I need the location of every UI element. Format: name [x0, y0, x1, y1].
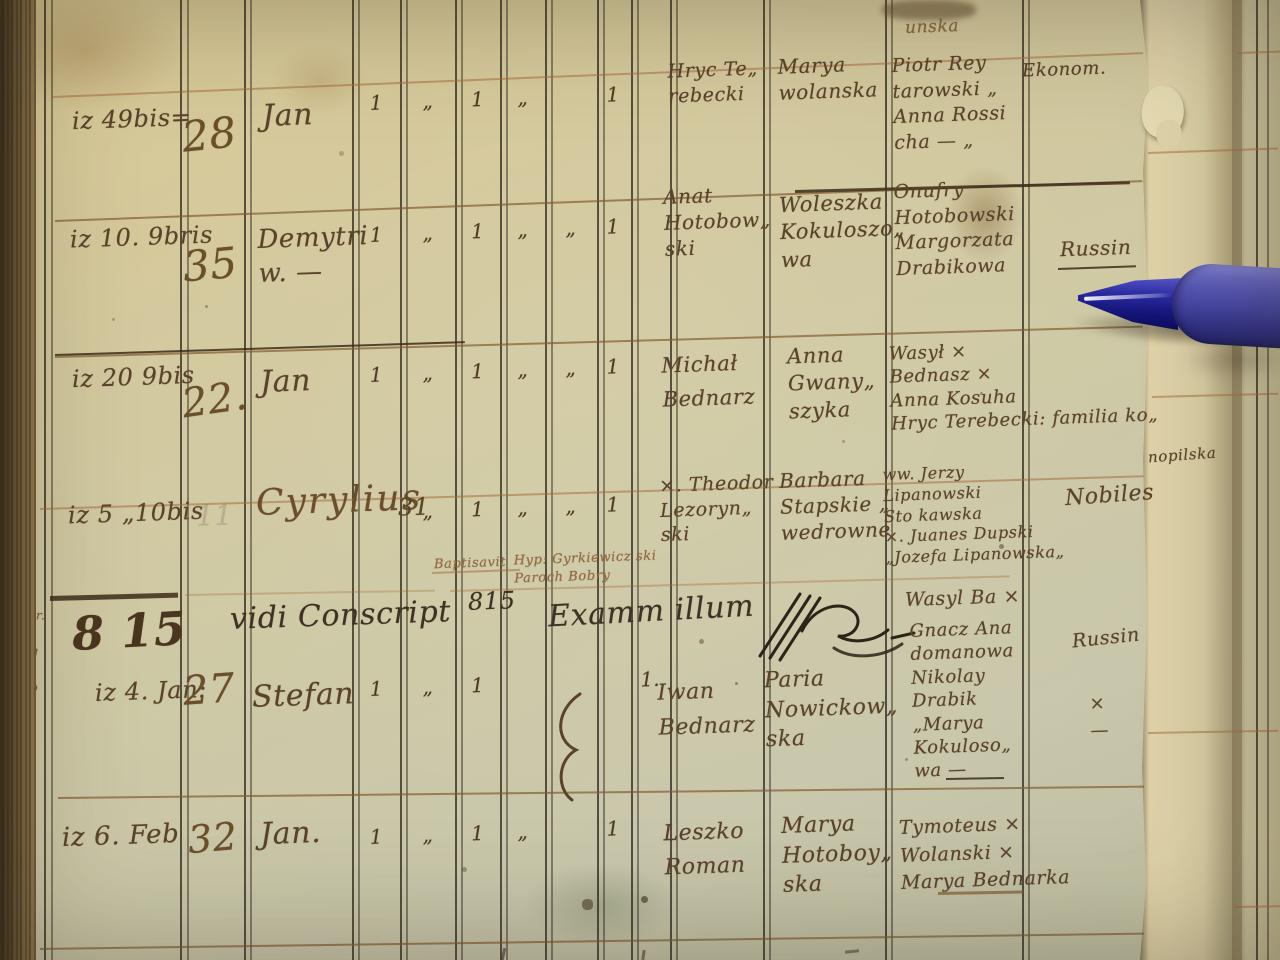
- row3-mother: Anna Gwany„ szyka: [787, 341, 877, 426]
- row3-number: 22.: [179, 370, 251, 431]
- row6-mother: Marya Hotoboy„ ska: [780, 808, 894, 901]
- column-rule: [44, 0, 46, 960]
- column-rule: [506, 0, 508, 960]
- fold-rule: [1152, 393, 1278, 398]
- row1-number: 28: [179, 105, 239, 165]
- row5-father: Iwan Bednarz: [657, 672, 756, 746]
- under-page-rule: [1256, 0, 1258, 960]
- column-rule: [461, 0, 463, 960]
- row1-status: Ekonom.: [1022, 57, 1107, 83]
- row2-mother: Woleszka Kokuloszo„ wa: [779, 188, 907, 274]
- partial-stroke: [845, 949, 859, 953]
- row1-date: iz 49bis=: [71, 102, 191, 137]
- row4-mother: Barbara Stapskie „ wedrowne: [779, 464, 892, 546]
- row5-status: Russin: [1071, 623, 1141, 655]
- row4-status: Nobiles: [1064, 479, 1155, 514]
- pen-flourish: [548, 688, 588, 808]
- row-rule: [58, 786, 1144, 799]
- row1-father: Hryc Te„ rebecki: [667, 56, 759, 108]
- row4-date: iz 5 „10bis: [67, 496, 204, 532]
- row5-witnesses-first: Wasyl Ba ×: [905, 584, 1021, 613]
- column-rule: [51, 0, 53, 960]
- row4-witnesses: ww. Jerzy Lipanowski Sto kawska ×. Juane…: [882, 459, 1065, 569]
- row6-father: Leszko Roman: [663, 815, 746, 886]
- row6-name: Jan.: [259, 813, 321, 854]
- row1-mother: Marya wolanska: [777, 50, 878, 105]
- column-rule: [244, 0, 246, 960]
- row1-name: Jan: [261, 95, 313, 136]
- row5-witnesses: Gnacz Ana domanowa Nikolay Drabik „Marya…: [909, 616, 1018, 783]
- book-page-stack-edge: [0, 0, 36, 960]
- column-rule: [551, 0, 553, 960]
- ledger-photo: unska iz 49bis= 28 Jan 1„1„1 Hryc Te„ re…: [0, 0, 1280, 960]
- row2-witnesses: Onufry Hotobowski Margorzata Drabikowa: [893, 176, 1017, 283]
- baptism-annotation-word: Baptisavit: [434, 555, 507, 574]
- fold-rule: [1148, 147, 1278, 154]
- column-rule: [500, 0, 502, 960]
- row3-name: Jan: [259, 361, 311, 402]
- torn-paper-bit: [1152, 117, 1185, 152]
- margin-big-number: 8 15: [71, 599, 188, 665]
- conscript-number: 815: [467, 585, 516, 618]
- column-rule: [455, 0, 457, 960]
- row-rule-overdraw: [55, 341, 465, 356]
- partial-stroke: [641, 950, 645, 960]
- baptism-annotation: Hyp: Gyrkiewicz ski Paroch Bobry: [513, 548, 657, 588]
- page-fold-edge: [1140, 0, 1242, 960]
- row3-date: iz 20 9bis: [71, 360, 195, 395]
- row3-father: Michał Bednarz: [661, 346, 756, 416]
- conscript-note-tail: Examm illum: [547, 587, 755, 637]
- row2-number: 35: [181, 236, 240, 295]
- torn-paper-bit: [1137, 82, 1189, 142]
- row6-date: iz 6. Feb: [61, 818, 180, 856]
- signature-flourish: [742, 586, 922, 671]
- row5-name: Stefan: [251, 674, 355, 717]
- row1-witnesses: Piotr Rey tarowski „ Anna Rossi cha — „: [891, 50, 1007, 156]
- pen-barrel: [1169, 262, 1280, 351]
- pen-tip-cone: [1076, 272, 1181, 330]
- row6-number: 32: [186, 812, 240, 866]
- fold-rule: [1148, 730, 1278, 734]
- row5-mother: Paria Nowickow„ ska: [763, 662, 899, 756]
- carryover-witnesses: unska: [905, 15, 960, 39]
- row5-number: 27: [181, 662, 237, 718]
- row6-witnesses: Tymoteus × Wolanski × Marya Bednarka: [899, 809, 1071, 897]
- fold-rule: [1234, 905, 1280, 908]
- row4-number-faint: 11: [195, 497, 233, 535]
- ballpoint-pen: [1070, 240, 1280, 360]
- row4-father: ×. Theodor Lezoryn„ ski: [659, 470, 776, 548]
- row3-witnesses-spill: nopilska: [1147, 444, 1217, 468]
- fold-rule: [1238, 51, 1280, 54]
- column-rule: [250, 0, 252, 960]
- row5-status-marks: × —: [1089, 690, 1109, 745]
- paper-speckles: [0, 0, 3, 3]
- column-rule: [545, 0, 547, 960]
- conscript-note: vidi Conscript: [229, 592, 451, 639]
- column-rule: [180, 0, 182, 960]
- under-page-rule: [1267, 0, 1269, 960]
- margin-side-note: extr. 30 aug 851 Nro 47: [12, 606, 46, 715]
- row-rule: [40, 933, 1144, 950]
- row2-father: Anat Hotobow„ ski: [663, 180, 772, 262]
